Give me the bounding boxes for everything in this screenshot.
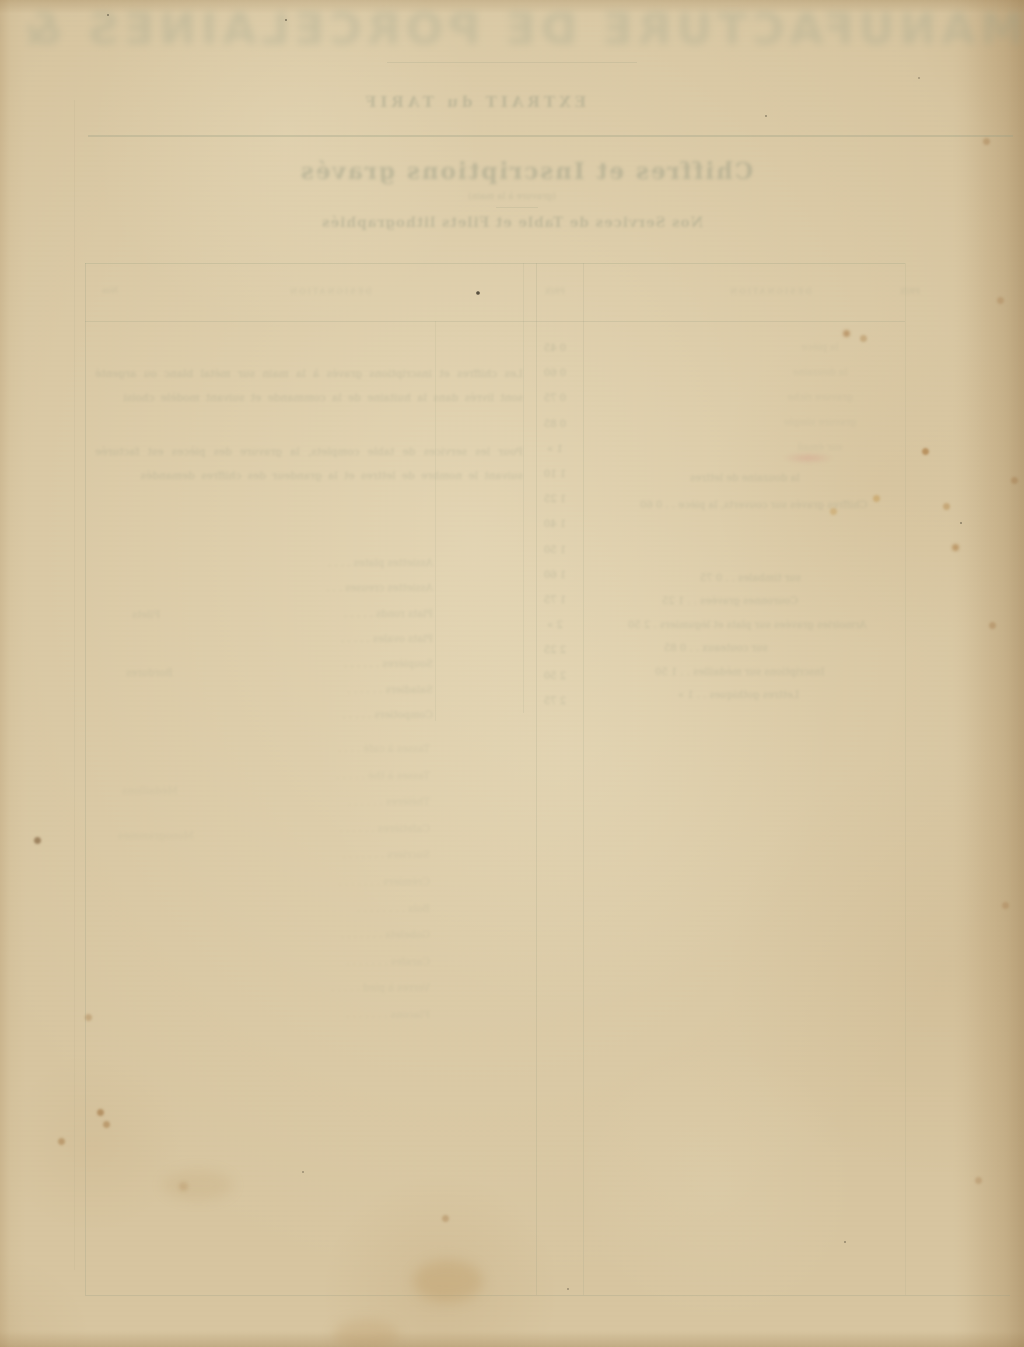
ghost-upper-right-column: la piècela douzainegravure richegravure … <box>0 0 1024 1347</box>
ghost-table-left-line <box>85 263 86 1295</box>
ghost-right-line: Inscriptions sur médailles . . 1 50 <box>655 667 825 678</box>
ghost-price-cell: 1 40 <box>528 519 582 530</box>
ghost-upper-right-item: gravure riche <box>735 392 905 403</box>
ghost-header-designation-right: DÉSIGNATION <box>680 287 860 296</box>
ghost-masthead-rule <box>387 62 637 63</box>
ghost-subtitle: Nos Services de Table et Filets lithogra… <box>0 215 1024 231</box>
ghost-upper-right-item: la pièce <box>735 342 905 353</box>
ghost-mid-item: Soupières . . . . . . <box>228 659 433 670</box>
ghost-paragraph-2: Pour les services de table complets, la … <box>95 440 523 488</box>
ghost-right-line: Lettres gothiques . . 1 » <box>678 690 799 701</box>
ghost-lower-item: Sucriers . . . . . . . <box>230 850 430 861</box>
ghost-right-line: Armoiries gravées sur plats et légumiers… <box>628 620 867 631</box>
water-stain <box>413 1260 483 1302</box>
ghost-price-cell: 2 75 <box>528 696 582 707</box>
ghost-header-designation-left: DÉSIGNATION <box>240 287 420 296</box>
ghost-price-cell: 2 » <box>528 620 582 631</box>
aged-paper-page: { "page": { "kind": "verso of aged print… <box>0 0 1024 1347</box>
ghost-price-cell: 0 60 <box>528 368 582 379</box>
ghost-price-cell: 1 75 <box>528 595 582 606</box>
ghost-lower-item: Bols . . . . . . . . <box>230 904 430 915</box>
ghost-left-label: Monogrammes <box>118 831 194 842</box>
ghost-column-line-c <box>536 263 537 1295</box>
ghost-upper-right-item: sur émail <box>735 442 905 453</box>
pink-ink-smudge <box>782 452 834 464</box>
ghost-tariff-line: EXTRAIT du TARIF <box>0 93 986 111</box>
ghost-wide-rule <box>88 135 1013 137</box>
ghost-column-line-b <box>523 263 524 713</box>
ghost-left-label: Bordures <box>126 668 173 679</box>
ghost-table-bottom-rule <box>85 1295 1010 1296</box>
ghost-mid-column: Assiettes plates . . . .Assiettes creuse… <box>0 0 1024 1347</box>
paper-grain <box>0 0 1024 1347</box>
ghost-price-cell: 1 25 <box>528 494 582 505</box>
ghost-lower-item: Théières . . . . . . <box>230 797 430 808</box>
ghost-lower-item: Flacons . . . . . . . <box>230 1010 430 1021</box>
paper-mottling <box>0 0 1024 1347</box>
ghost-mid-item: Plats ronds . . . . . <box>228 609 433 620</box>
ghost-price-cell: 2 25 <box>528 645 582 656</box>
ghost-lower-item: Cafetières . . . . . . <box>230 824 430 835</box>
ghost-lower-item: Tasses à thé . . . . . <box>230 771 430 782</box>
ghost-mid-item: Compotiers . . . . . <box>228 710 433 721</box>
ghost-price-cell: 1 » <box>528 444 582 455</box>
ghost-price-cell: 0 45 <box>528 343 582 354</box>
ghost-header-prix-left: PRIX <box>528 287 582 296</box>
ghost-price-cell: 1 60 <box>528 570 582 581</box>
ghost-lower-column: Tasses à café . . . .Tasses à thé . . . … <box>0 0 1024 1347</box>
ghost-masthead: MANUFACTURE DE PORCELAINES & CRISTAUX <box>0 4 1024 55</box>
ghost-header-no: Nos <box>90 286 130 295</box>
ghost-price-cell: 1 10 <box>528 469 582 480</box>
water-stain <box>333 1320 399 1347</box>
ghost-right-line: Couronnes gravées . . 1 25 <box>662 596 798 607</box>
ghost-lower-item: Carafes . . . . . . . <box>230 957 430 968</box>
ghost-table-right-line <box>905 263 906 1295</box>
ghost-right-line: sur timbales . . 0 75 <box>700 573 801 584</box>
ghost-header-prix-right: PRIX <box>890 287 930 296</box>
ghost-price-column: 0 450 600 750 851 »1 101 251 401 501 601… <box>0 0 1024 1347</box>
ghost-title: Chiffres et Inscriptions gravés <box>14 158 1024 185</box>
ghost-price-cell: 2 50 <box>528 671 582 682</box>
ghost-upper-right-item: la douzaine <box>735 367 905 378</box>
ghost-mid-item: Assiettes creuses . . . <box>228 583 433 594</box>
ghost-lower-item: Tasses à café . . . . <box>230 744 430 755</box>
ghost-price-cell: 0 85 <box>528 419 582 430</box>
ink-specks <box>0 0 2 2</box>
ghost-column-line-d <box>583 263 584 1295</box>
ghost-table-top-rule <box>85 263 905 264</box>
ghost-table-header-rule <box>85 321 905 322</box>
foxing-spots <box>922 448 929 455</box>
ghost-lower-item: Crémiers . . . . . . . <box>230 877 430 888</box>
ghost-left-label: Filets <box>132 610 160 621</box>
ghost-mid-item: Saladiers . . . . . . <box>228 685 433 696</box>
ghost-price-cell: 0 75 <box>528 393 582 404</box>
ghost-column-line-a <box>435 321 436 721</box>
ghost-paragraph-1: Les chiffres et inscriptions gravés à la… <box>95 362 523 410</box>
ghost-price-cell: 1 50 <box>528 545 582 556</box>
ghost-lower-item: Gobelets . . . . . . . <box>230 930 430 941</box>
ghost-right-line: sur couteaux . . 0 85 <box>664 643 768 654</box>
ghost-right-line: Chiffres gravés sur couverts, la pièce .… <box>640 500 867 511</box>
ghost-left-label: Médaillons <box>122 786 178 797</box>
water-stain <box>163 1170 233 1200</box>
ghost-note-underline <box>496 207 538 208</box>
ghost-mid-item: Assiettes plates . . . . <box>228 558 433 569</box>
ghost-right-line: la douzaine de lettres <box>690 473 800 484</box>
ghost-title-note: (gravure à la main) <box>0 192 1024 202</box>
ghost-mid-item: Plats ovales . . . . . <box>228 634 433 645</box>
ghost-lower-item: Verres à pied . . . . . <box>230 983 430 994</box>
ghost-margin-line <box>74 100 75 1270</box>
ghost-upper-right-item: gravure simple <box>735 417 905 428</box>
